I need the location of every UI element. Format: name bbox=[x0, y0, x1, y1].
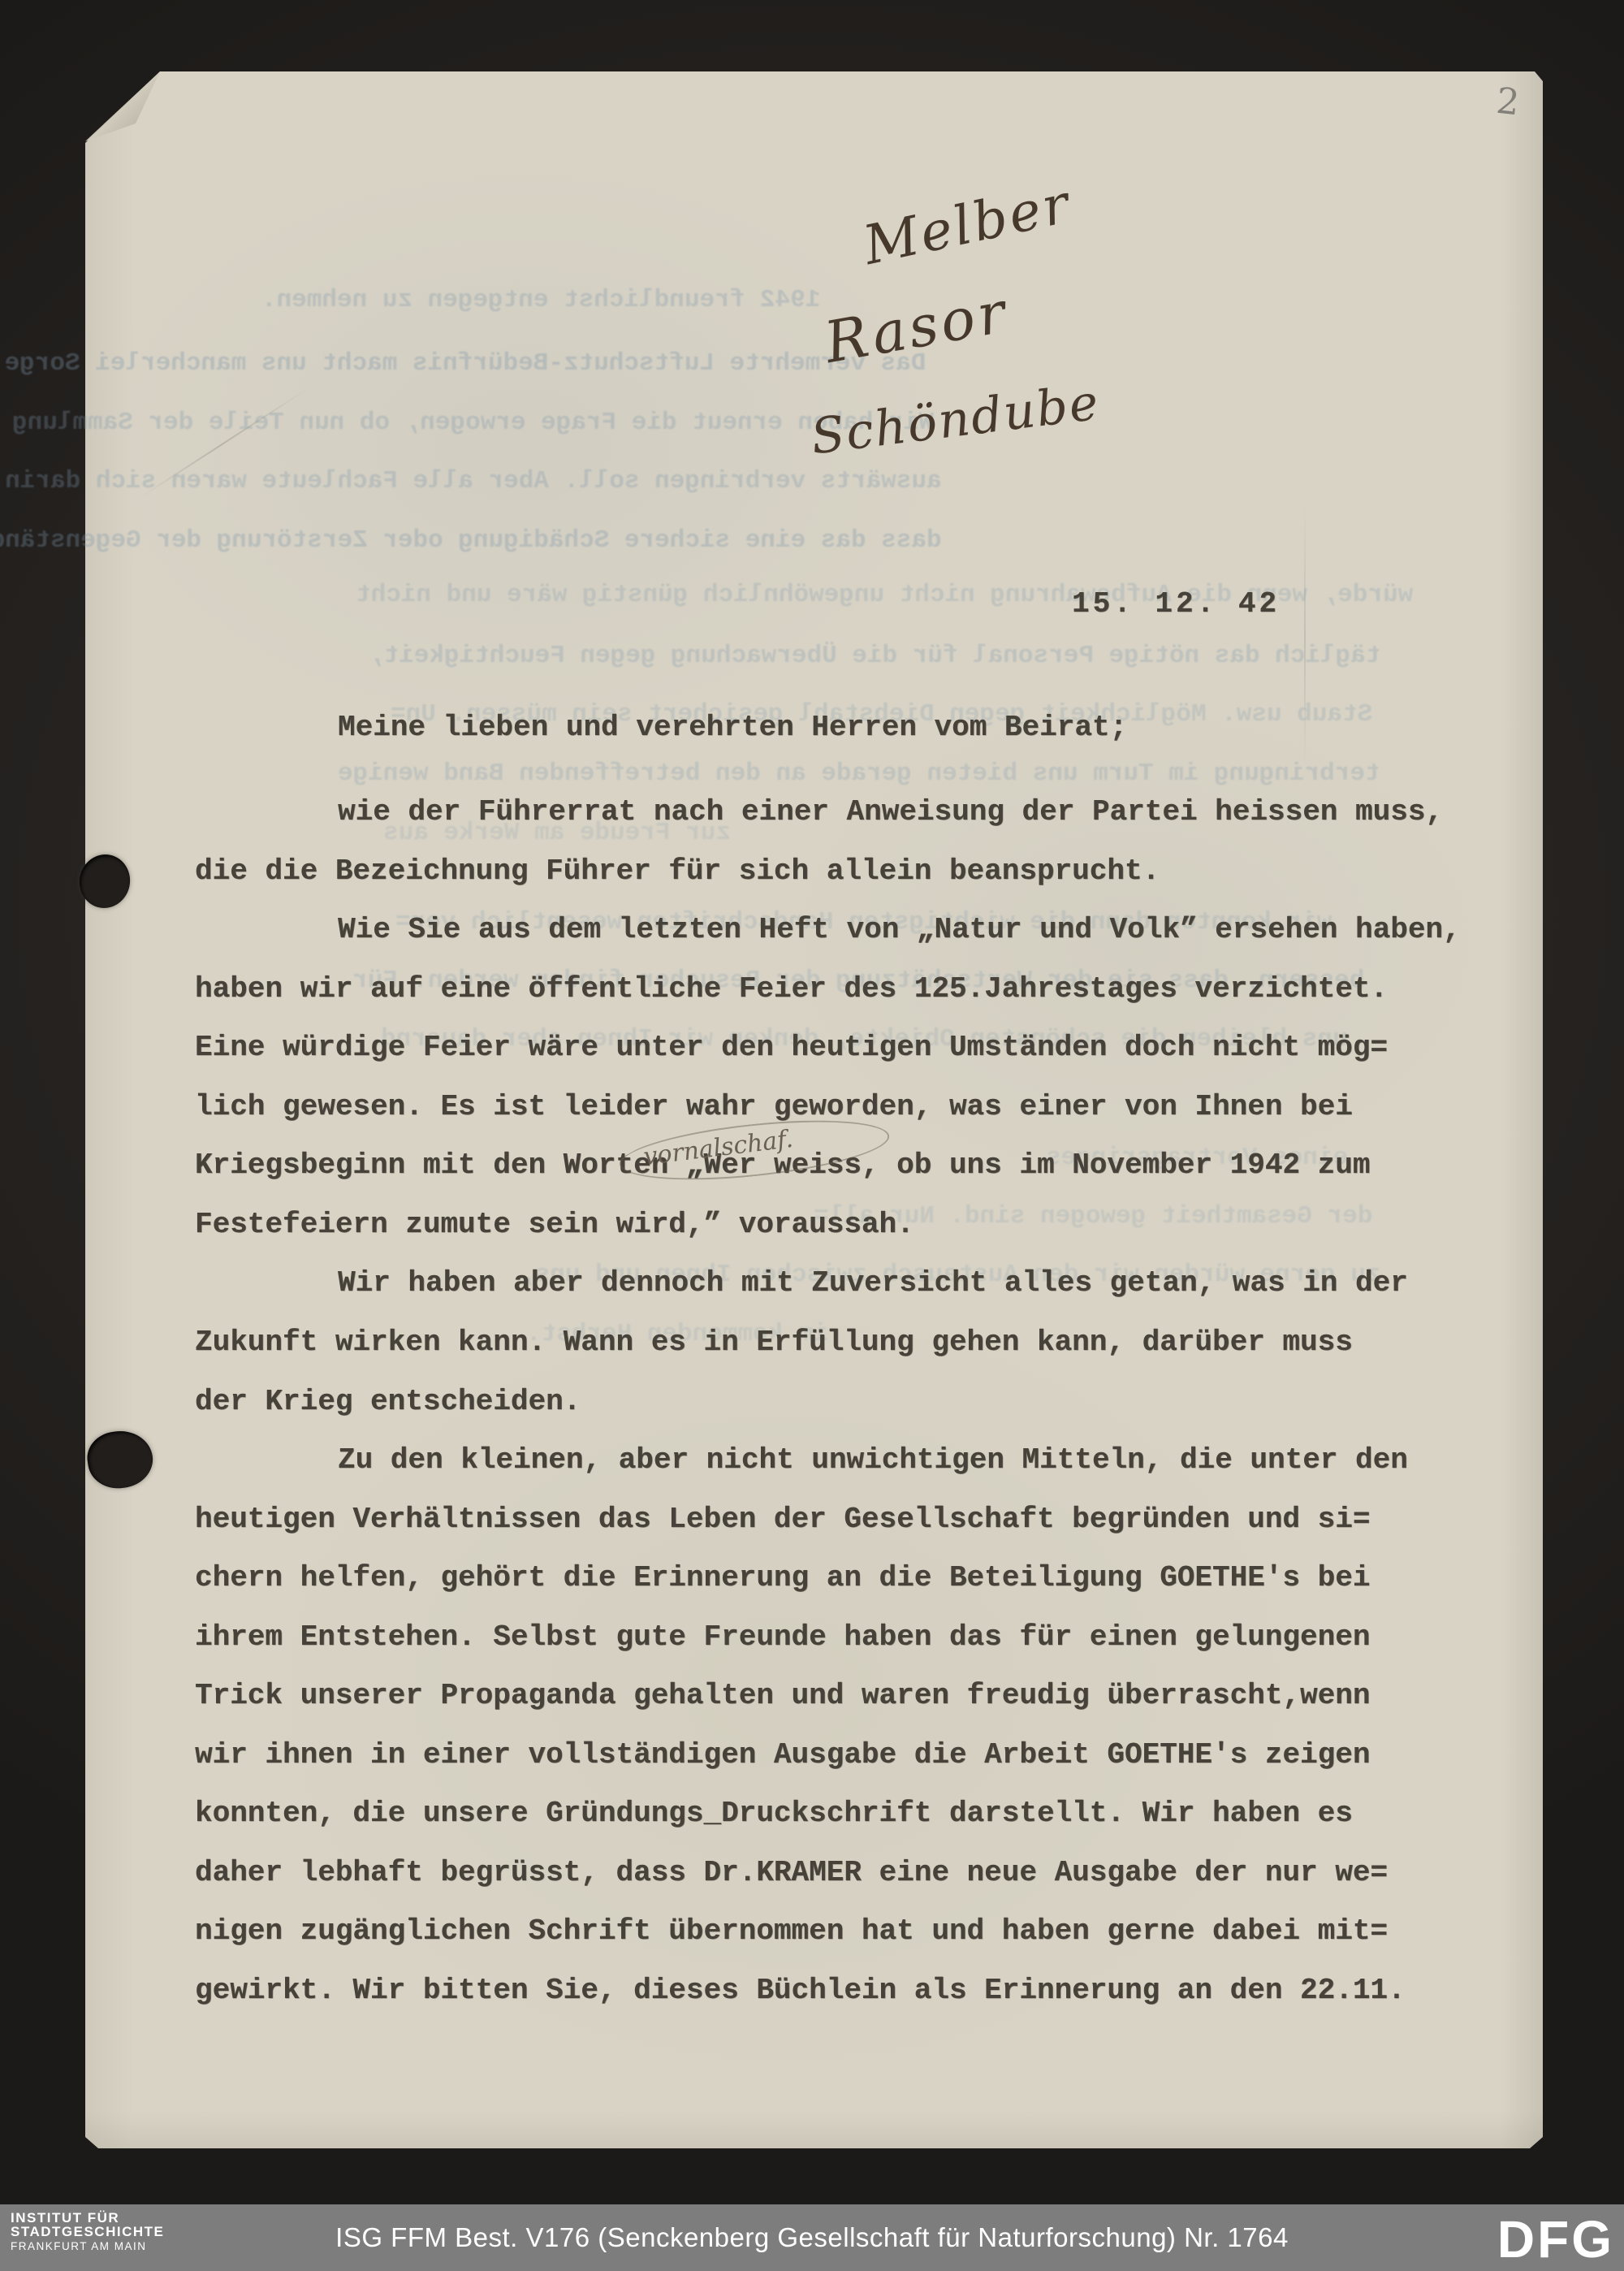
letter-line: Festefeiern zumute sein wird,” voraussah… bbox=[195, 1210, 914, 1239]
letter-line: Wir haben aber dennoch mit Zuversicht al… bbox=[338, 1269, 1408, 1298]
institute-name-line: INSTITUT FÜR bbox=[11, 2211, 164, 2225]
letter-line: ihrem Entstehen. Selbst gute Freunde hab… bbox=[195, 1623, 1370, 1652]
letter-line: konnten, die unsere Gründungs_Druckschri… bbox=[195, 1799, 1353, 1828]
letter-line: nigen zugänglichen Schrift übernommen ha… bbox=[195, 1917, 1388, 1946]
letter-line: daher lebhaft begrüsst, dass Dr.KRAMER e… bbox=[195, 1858, 1388, 1888]
letter-line: die die Bezeichnung Führer für sich alle… bbox=[195, 857, 1160, 886]
letter-line: haben wir auf eine öffentliche Feier des… bbox=[195, 975, 1388, 1004]
page-number: 2 bbox=[1494, 80, 1521, 124]
letter-line: wie der Führerrat nach einer Anweisung d… bbox=[338, 798, 1443, 827]
archive-reference: ISG FFM Best. V176 (Senckenberg Gesellsc… bbox=[0, 2204, 1624, 2271]
bleedthrough-line: auswärts verbringen soll. Aber alle Fach… bbox=[0, 467, 942, 495]
letter-salutation: Meine lieben und verehrten Herren vom Be… bbox=[338, 713, 1127, 742]
letter-line: gewirkt. Wir bitten Sie, dieses Büchlein… bbox=[195, 1976, 1406, 2005]
bleedthrough-line: täglich das nötige Personal für die Über… bbox=[369, 642, 1380, 670]
letter-line: wir ihnen in einer vollständigen Ausgabe… bbox=[195, 1741, 1370, 1770]
institute-city-line: FRANKFURT AM MAIN bbox=[11, 2241, 164, 2252]
bleedthrough-line: terbringung im Turm uns bieten gerade an… bbox=[338, 759, 1380, 788]
institute-logo: INSTITUT FÜR STADTGESCHICHTE FRANKFURT A… bbox=[11, 2211, 164, 2252]
letter-line: der Krieg entscheiden. bbox=[195, 1387, 581, 1417]
bleedthrough-line: 1942 freundlichst entgegen zu nehmen. bbox=[261, 286, 820, 314]
bleedthrough-line: Das vermehrte Luftschutz-Bedürfnis macht… bbox=[0, 349, 926, 378]
bleedthrough-line: Wir haben erneut die Frage erwogen, ob n… bbox=[0, 409, 934, 437]
bleedthrough-line: dass das eine sichere Schädigung oder Ze… bbox=[0, 526, 942, 555]
scanned-document-page: 1942 freundlichst entgegen zu nehmen.Das… bbox=[0, 0, 1624, 2271]
letter-date: 15. 12. 42 bbox=[1072, 590, 1280, 619]
institute-name-line: STADTGESCHICHTE bbox=[11, 2225, 164, 2239]
archive-footer-bar: ISG FFM Best. V176 (Senckenberg Gesellsc… bbox=[0, 2204, 1624, 2271]
dfg-logo: DFG bbox=[1497, 2209, 1614, 2269]
letter-line: lich gewesen. Es ist leider wahr geworde… bbox=[195, 1092, 1353, 1122]
letter-line: Trick unserer Propaganda gehalten und wa… bbox=[195, 1681, 1370, 1711]
letter-line: Zukunft wirken kann. Wann es in Erfüllun… bbox=[195, 1328, 1353, 1357]
letter-line: chern helfen, gehört die Erinnerung an d… bbox=[195, 1564, 1370, 1593]
letter-line: Zu den kleinen, aber nicht unwichtigen M… bbox=[338, 1446, 1408, 1475]
letter-line: Wie Sie aus dem letzten Heft von „Natur … bbox=[338, 915, 1461, 945]
letter-line: heutigen Verhältnissen das Leben der Ges… bbox=[195, 1505, 1370, 1534]
letter-line: Eine würdige Feier wäre unter den heutig… bbox=[195, 1033, 1388, 1062]
